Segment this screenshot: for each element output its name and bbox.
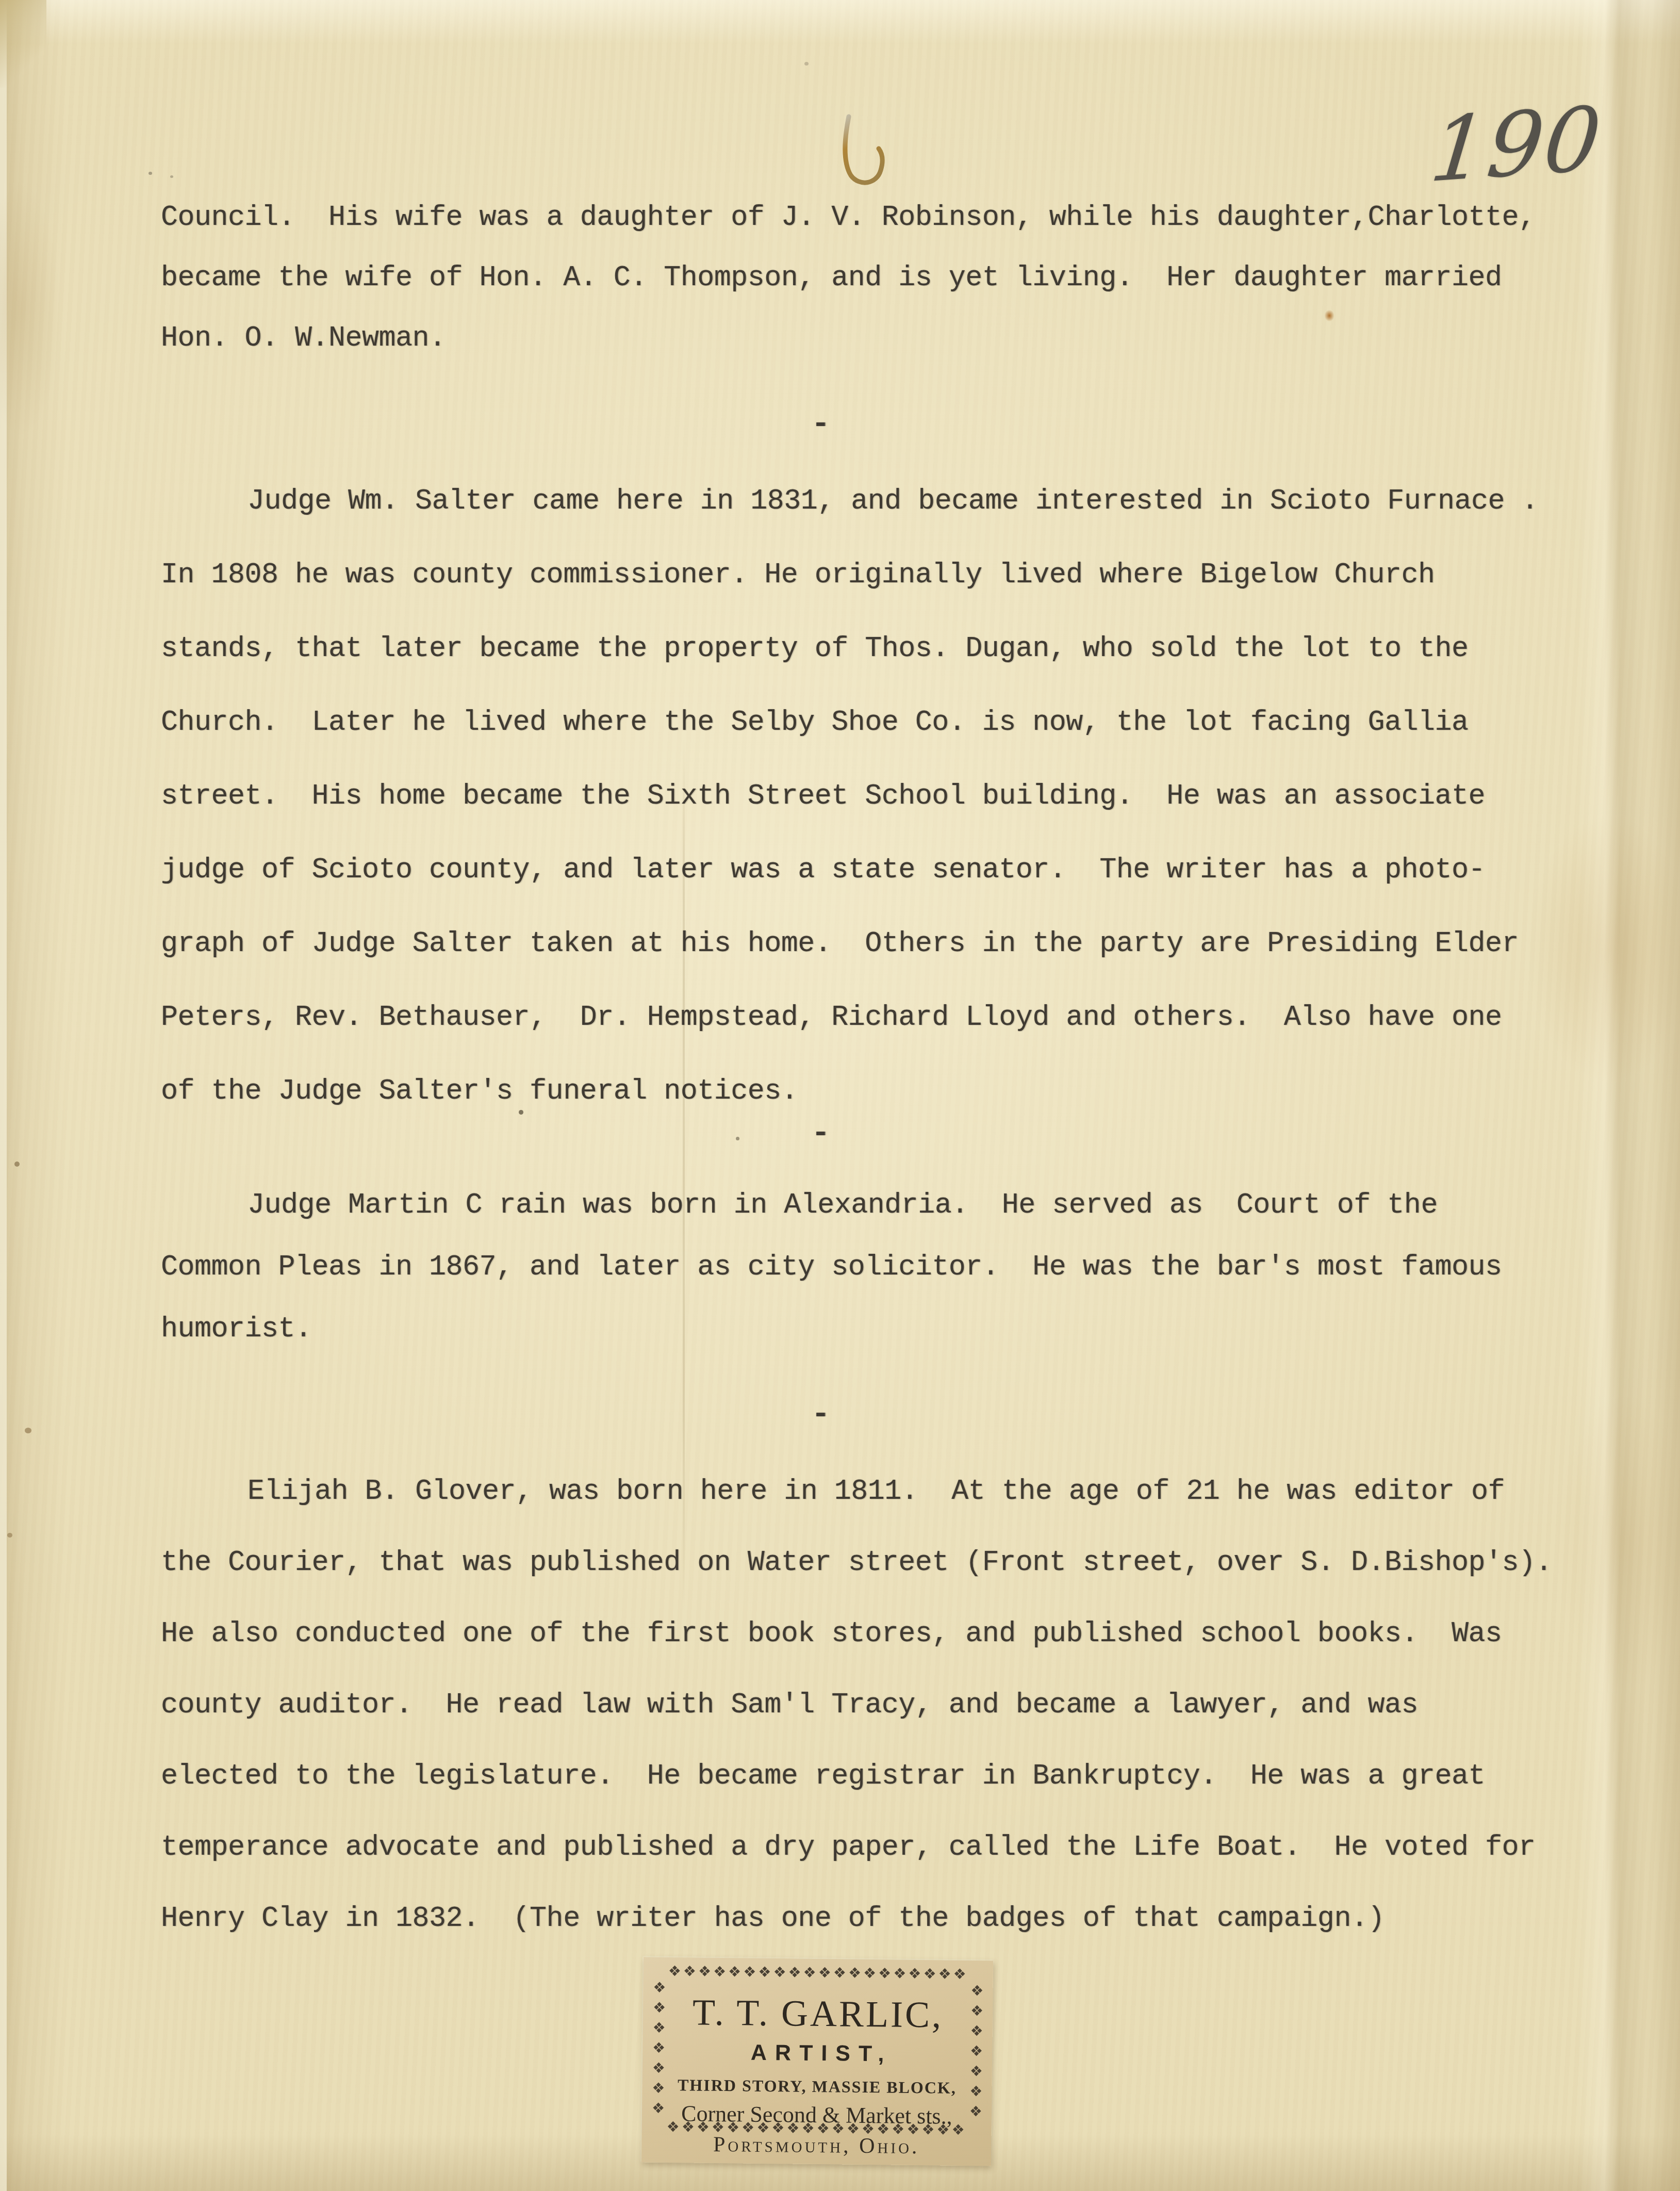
typed-line: judge of Scioto county, and later was a … (161, 854, 1485, 886)
ink-speck (519, 1110, 523, 1115)
ink-speck (14, 1162, 20, 1167)
paper-fold (1578, 0, 1645, 2191)
page-number-handwritten: 190 (1426, 95, 1606, 195)
diamond-chain-border-icon: ❖❖❖❖❖❖❖ (966, 1967, 985, 2138)
stamp-printed-border: ❖❖❖❖❖❖❖❖❖❖❖❖❖❖❖❖❖❖❖❖❖ ❖❖❖❖❖❖❖❖❖❖❖❖❖❖❖❖❖❖… (649, 1963, 985, 2139)
typed-line: stands, that later became the property o… (161, 632, 1468, 665)
typed-line: Common Pleas in 1867, and later as city … (161, 1251, 1502, 1283)
typed-line: graph of Judge Salter taken at his home.… (161, 927, 1519, 960)
section-separator-dash: - (812, 1400, 830, 1430)
manuscript-page: 190 Council. His wife was a daughter of … (0, 0, 1680, 2191)
stamp-address-line: Corner Second & Market sts., (681, 2102, 952, 2128)
ink-speck (149, 172, 152, 175)
typed-line: Elijah B. Glover, was born here in 1811.… (161, 1475, 1505, 1508)
stamp-text: T. T. GARLIC, ARTIST, THIRD STORY, MASSI… (672, 1980, 963, 2121)
typed-line: elected to the legislature. He became re… (161, 1760, 1485, 1792)
corner-wear (0, 0, 46, 88)
ink-speck (170, 175, 173, 178)
stamp-address-line: Portsmouth, Ohio. (713, 2134, 920, 2157)
ink-squiggle-mark (829, 112, 901, 200)
stain-spot (1323, 308, 1336, 323)
typed-line: Hon. O. W.Newman. (161, 322, 446, 354)
ink-speck (804, 62, 809, 66)
typed-line: Church. Later he lived where the Selby S… (161, 706, 1468, 739)
ink-speck (736, 1137, 739, 1140)
typed-line: He also conducted one of the first book … (161, 1617, 1502, 1650)
typed-line: became the wife of Hon. A. C. Thompson, … (161, 261, 1502, 294)
typed-line: temperance advocate and published a dry … (161, 1831, 1535, 1863)
section-separator-dash: - (812, 410, 830, 440)
ink-speck (7, 1533, 12, 1538)
typed-line: Judge Wm. Salter came here in 1831, and … (161, 485, 1538, 517)
typed-line: Council. His wife was a daughter of J. V… (161, 201, 1535, 234)
typed-line: county auditor. He read law with Sam'l T… (161, 1689, 1418, 1721)
typed-line: the Courier, that was published on Water… (161, 1546, 1552, 1579)
typed-line: humorist. (161, 1313, 312, 1345)
typed-line: Judge Martin C rain was born in Alexandr… (161, 1189, 1438, 1221)
typed-line: In 1808 he was county commissioner. He o… (161, 559, 1435, 591)
section-separator-dash: - (812, 1119, 830, 1149)
photographer-stamp: ❖❖❖❖❖❖❖❖❖❖❖❖❖❖❖❖❖❖❖❖❖ ❖❖❖❖❖❖❖❖❖❖❖❖❖❖❖❖❖❖… (641, 1957, 993, 2166)
stamp-title: ARTIST, (743, 2041, 893, 2065)
stamp-name: T. T. GARLIC, (693, 1993, 944, 2033)
typed-line: Henry Clay in 1832. (The writer has one … (161, 1902, 1385, 1935)
diamond-chain-border-icon: ❖❖❖❖❖❖❖ (649, 1964, 668, 2135)
typed-line: of the Judge Salter's funeral notices. (161, 1075, 798, 1107)
typed-line: Peters, Rev. Bethauser, Dr. Hempstead, R… (161, 1001, 1502, 1034)
stain-spot (0, 129, 77, 490)
ink-speck (25, 1428, 31, 1433)
typed-line: street. His home became the Sixth Street… (161, 780, 1485, 812)
stamp-address-line: THIRD STORY, MASSIE BLOCK, (678, 2076, 957, 2096)
